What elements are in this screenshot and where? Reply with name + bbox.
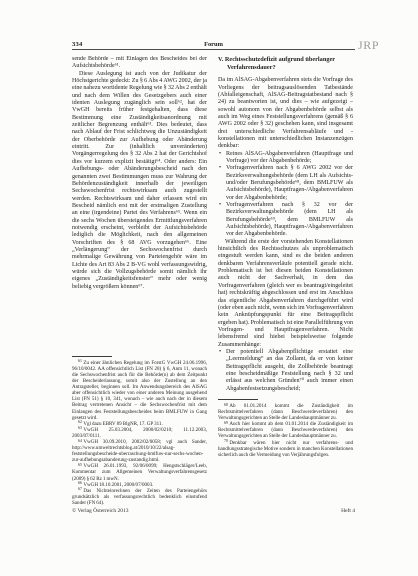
footnote-text: VwGH 26.01.1993, 92/06/0099; Hengstschlä… (72, 463, 207, 481)
issue-label: Heft 4 (341, 508, 355, 514)
body-paragraph: sende Behörde – mit Einlagen des Beschei… (72, 56, 207, 71)
footnote-block: 61Zu einer ähnlichen Regelung im ForstG … (72, 356, 207, 508)
copyright-notice: © Verlag Österreich 2013 (72, 508, 128, 514)
bullet-marker: • (218, 202, 226, 239)
footnote: 68Ab 01.01.2014 kommt die Zuständigkeit … (218, 403, 353, 421)
footnote-number: 67 (78, 487, 82, 491)
footnote-text: VwGH 25.03.2004, 2000/02/0210; 11.12.200… (72, 427, 207, 439)
page-header: 334 Forum (72, 41, 355, 50)
page-content: sende Behörde – mit Einlagen des Beschei… (72, 56, 353, 508)
list-item-text: Vorfragenverfahren nach § 32 vor der Bez… (226, 202, 353, 239)
bullet-marker: • (218, 151, 226, 166)
footnote: 70Denkbar wären hier nicht nur verfahren… (218, 440, 353, 458)
footnote-number: 69 (224, 421, 228, 425)
footnote-separator (72, 356, 112, 357)
footnote-number: 61 (78, 359, 82, 363)
list-item: • Vorfragenverfahren nach § 32 vor der B… (218, 202, 353, 239)
journal-logo: JRP (358, 38, 379, 53)
footnote-number: 70 (224, 439, 228, 443)
list-item-text: Vorfragenverfahren nach § 6 AWG 2002 vor… (226, 165, 353, 202)
body-paragraph: Diese Auslegung ist auch von der Judikat… (72, 71, 207, 291)
footnote-number: 62 (78, 420, 82, 424)
page-footer: © Verlag Österreich 2013 Heft 4 (72, 508, 355, 514)
footnote-text: Das Nichteinrechnen der Zeiten des Parte… (72, 488, 207, 506)
bullet-marker: • (218, 165, 226, 202)
list-item-text: Reines AlSAG-Abgabenverfahren (Hauptfrag… (226, 151, 353, 166)
right-column: V. Rechtsschutzdefizit aufgrund überlang… (218, 56, 353, 508)
footnote-text: Ab 01.01.2014 kommt die Zuständigkeit im… (218, 403, 353, 421)
bullet-marker: • (218, 349, 226, 393)
footnote-number: 68 (224, 403, 228, 407)
footnote: 65VwGH 26.01.1993, 92/06/0099; Hengstsch… (72, 463, 207, 481)
list-item-text: Der potentiell Abgabenpflichtige erstatt… (226, 349, 353, 393)
footnote-number: 64 (78, 439, 82, 443)
list-item: • Der potentiell Abgabenpflichtige ersta… (218, 349, 353, 393)
footnote: 67Das Nichteinrechnen der Zeiten des Par… (72, 488, 207, 506)
list-item: • Vorfragenverfahren nach § 6 AWG 2002 v… (218, 165, 353, 202)
footnote-text: VwGH 30.09.2010, 2002/02/0058; vgl auch … (72, 439, 207, 463)
journal-page: 334 Forum JRP sende Behörde – mit Einlag… (0, 0, 418, 576)
footnote: 63VwGH 25.03.2004, 2000/02/0210; 11.12.2… (72, 427, 207, 439)
footnote-number: 63 (78, 426, 82, 430)
footnote-number: 65 (78, 463, 82, 467)
body-paragraph: Während die erste der vorstehenden Konst… (218, 239, 353, 349)
footnote: 64VwGH 30.09.2010, 2002/02/0058; vgl auc… (72, 439, 207, 463)
footnote-text: Zu einer ähnlichen Regelung im ForstG Vw… (72, 360, 207, 421)
footnote-block: 68Ab 01.01.2014 kommt die Zuständigkeit … (218, 399, 353, 458)
footnote-number: 66 (78, 481, 82, 485)
footnote-text: Auch hier kommt ab dem 01.01.2014 die Zu… (218, 421, 353, 439)
footnote: 69Auch hier kommt ab dem 01.01.2014 die … (218, 421, 353, 439)
section-heading: V. Rechtsschutzdefizit aufgrund überlang… (218, 56, 353, 72)
footnote-text: VwGH 18.10.2001, 2000/07/0003. (83, 482, 153, 488)
running-title: Forum (72, 41, 355, 48)
body-paragraph: Da im AlSAG-Abgabenverfahren stets die V… (218, 77, 353, 150)
footnote-text: Denkbar wären hier nicht nur verfahrens-… (218, 440, 353, 458)
footnote-separator (218, 399, 258, 400)
footnote-text: Vgl dazu EBRV 89 BlgNR, 17. GP 311. (83, 421, 162, 427)
left-column: sende Behörde – mit Einlagen des Beschei… (72, 56, 207, 508)
list-item: • Reines AlSAG-Abgabenverfahren (Hauptfr… (218, 151, 353, 166)
footnote: 61Zu einer ähnlichen Regelung im ForstG … (72, 360, 207, 421)
